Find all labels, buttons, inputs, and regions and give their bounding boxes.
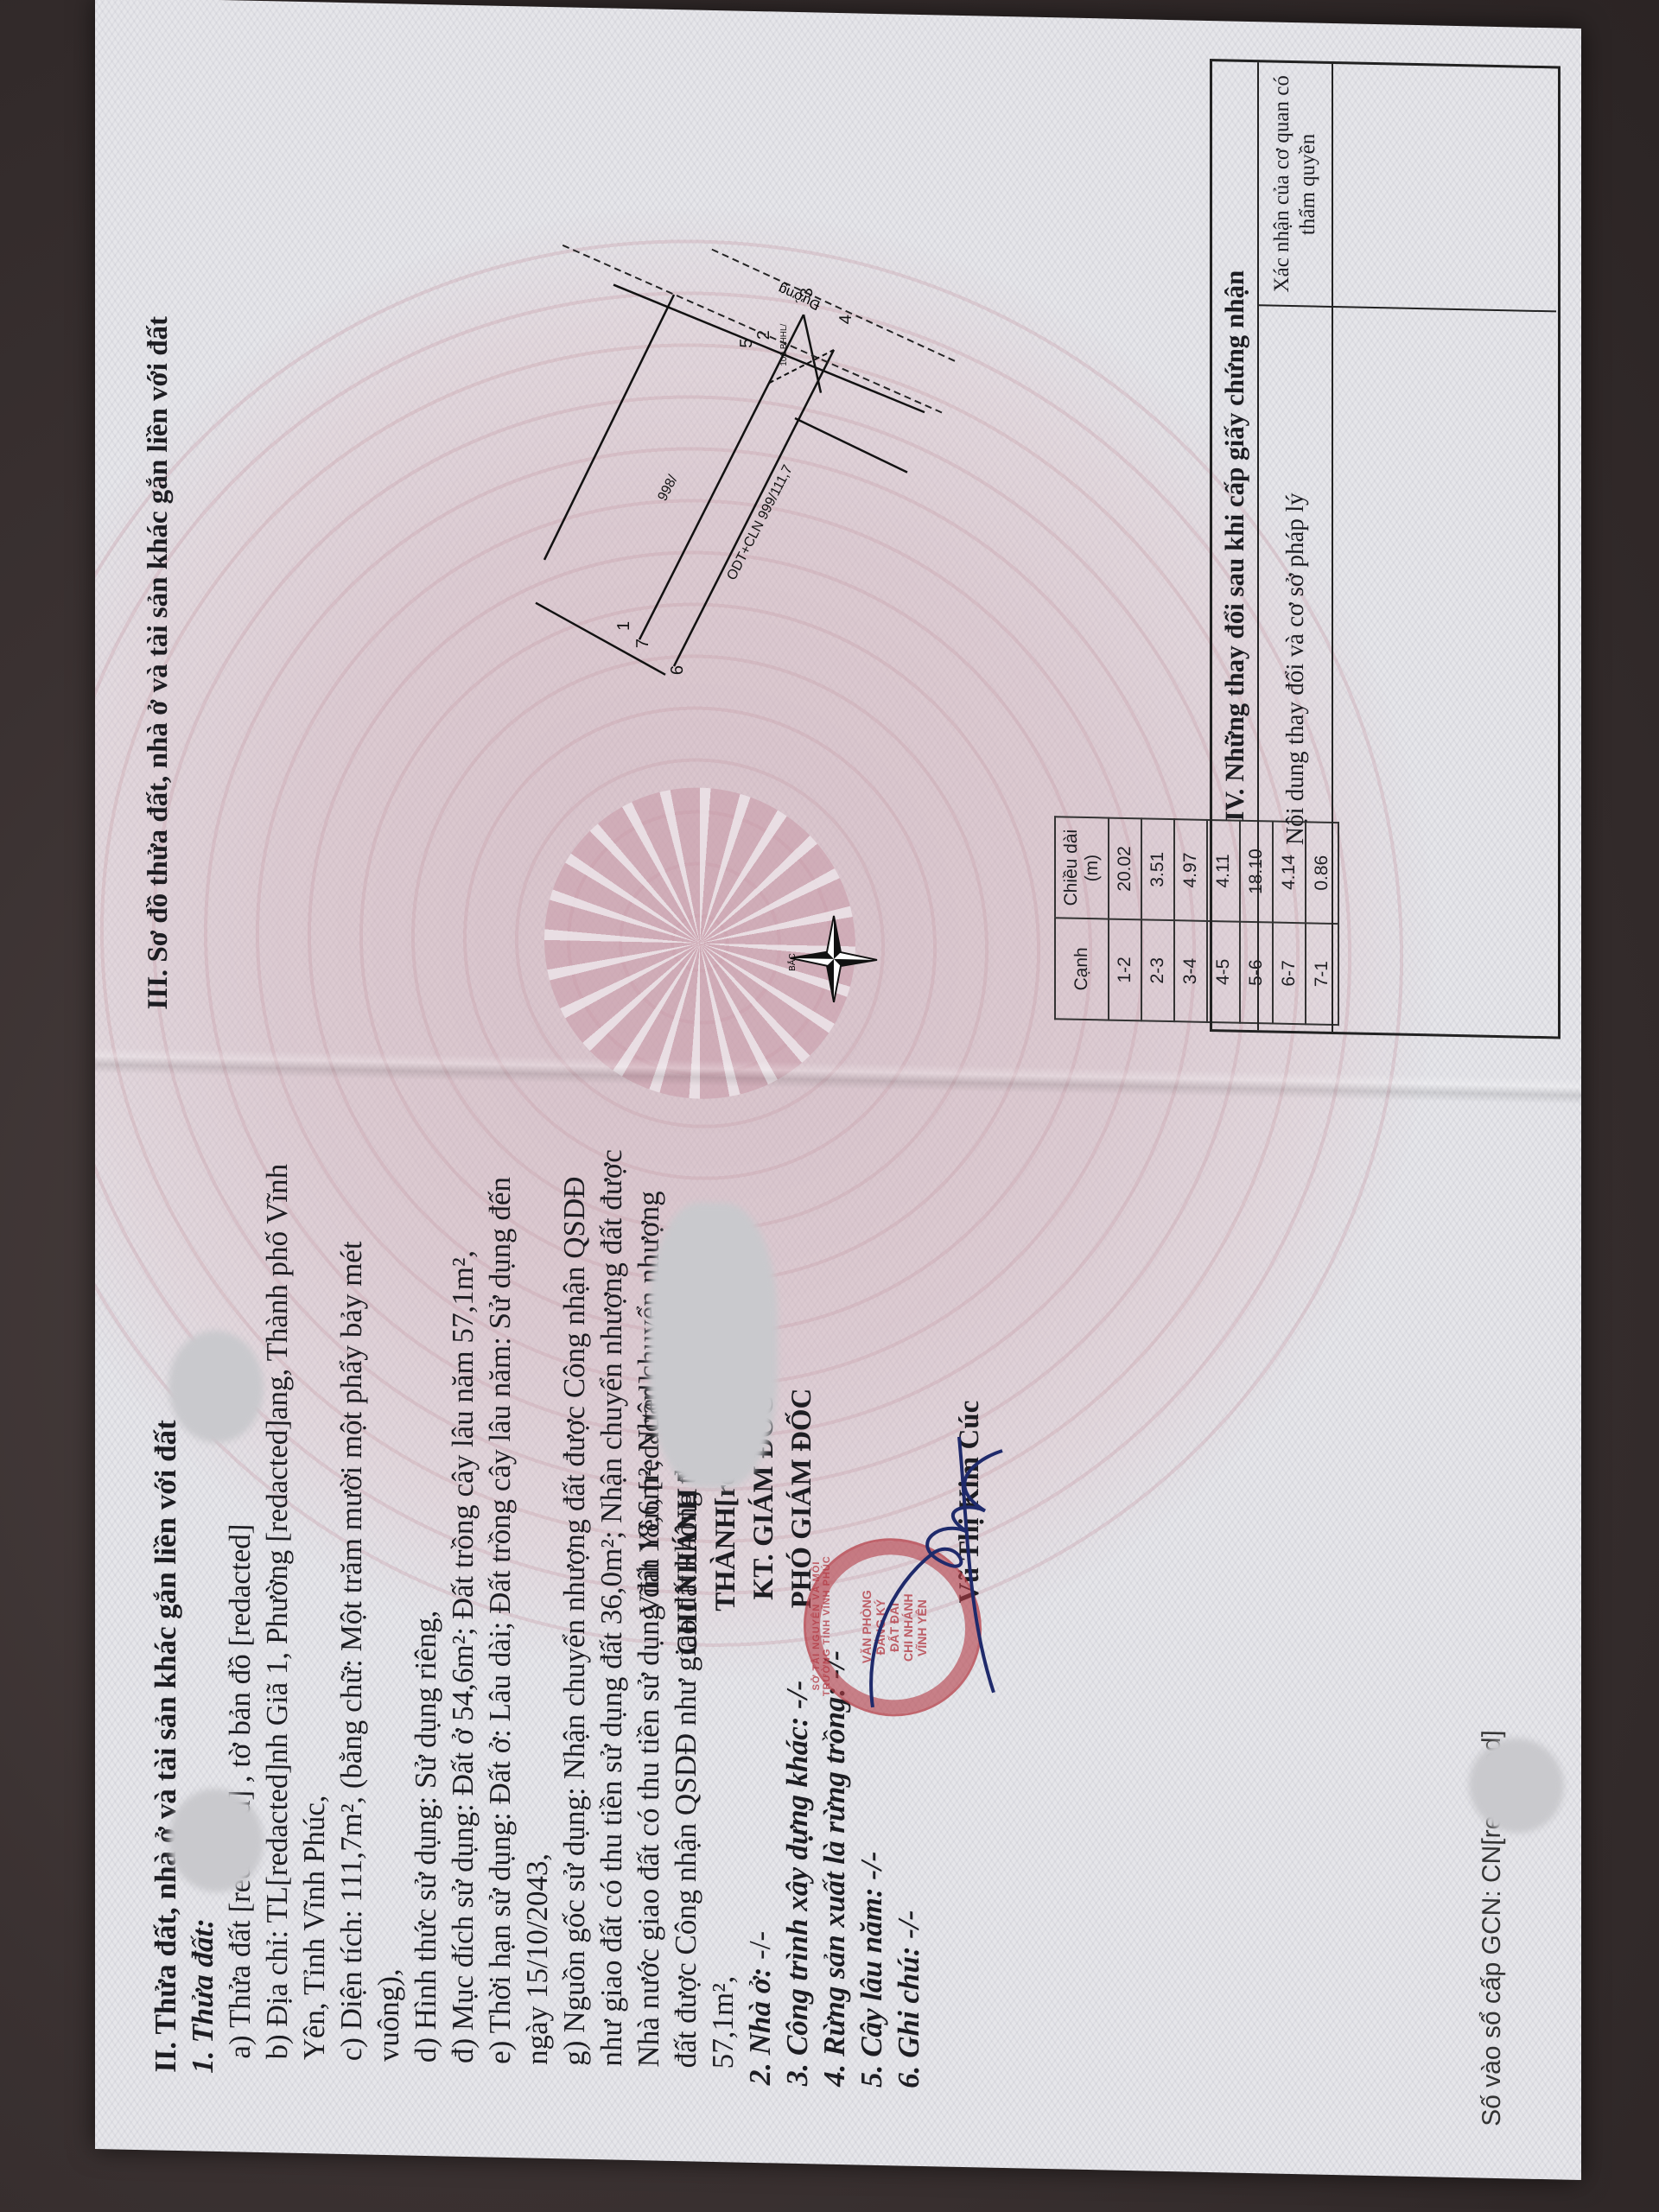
parcel-item-d: d) Hình thức sử dụng: Sử dụng riêng, <box>407 1145 444 2079</box>
svg-text:4: 4 <box>836 315 855 325</box>
certificate-paper: II. Thửa đất, nhà ở và tài sản khác gắn … <box>95 0 1581 2180</box>
parcel-item-b: b) Địa chỉ: TL[redacted]nh Giã 1, Phường… <box>258 1141 333 2076</box>
table-row: 2-33.51 <box>1141 818 1174 1021</box>
perennial-label: 5. Cây lâu năm: <box>855 1887 888 2088</box>
length-cell: 20.02 <box>1109 818 1141 920</box>
redaction-blob <box>168 1788 264 1893</box>
parcel-item-e: e) Thời hạn sử dụng: Đất ở: Lâu dài; Đất… <box>481 1146 556 2081</box>
length-cell: 4.97 <box>1174 819 1207 921</box>
svg-text:100 BHHL/: 100 BHHL/ <box>779 323 789 365</box>
redaction-blob <box>1469 1737 1564 1834</box>
handwritten-signature <box>838 1430 1028 1719</box>
svg-text:Đường: Đường <box>776 281 822 312</box>
section2-sub1: 1. Thửa đất: <box>184 1140 221 2074</box>
table-row: 3-44.97 <box>1174 819 1207 1022</box>
svg-text:ODT+CLN 999/111,7: ODT+CLN 999/111,7 <box>724 462 796 582</box>
redaction-blob <box>648 1201 778 1489</box>
col-authority-confirmation: Xác nhận của cơ quan có thẩm quyền <box>1259 62 1332 306</box>
parcel-item-a: a) Thửa đất [redacted] , tờ bản đồ [reda… <box>221 1141 258 2075</box>
house-value: -/- <box>743 1930 777 1960</box>
section4-title: IV. Những thay đổi sau khi cấp giấy chứn… <box>1212 61 1259 1030</box>
redaction-blob <box>168 1330 264 1444</box>
length-cell: 3.51 <box>1141 818 1174 920</box>
header-edge: Cạnh <box>1055 918 1109 1020</box>
header-length: Chiều dài (m) <box>1055 817 1109 918</box>
edge-cell: 3-4 <box>1174 920 1207 1022</box>
svg-text:998/: 998/ <box>655 473 681 504</box>
svg-text:5: 5 <box>737 338 756 348</box>
parcel-diagram: 1 2 3 4 5 6 7 ODT+CLN 999/111,7 998/ 100… <box>510 239 959 698</box>
edge-cell: 2-3 <box>1141 919 1174 1021</box>
section2-heading: II. Thửa đất, nhà ở và tài sản khác gắn … <box>147 1139 184 2073</box>
svg-text:6: 6 <box>668 665 687 676</box>
section3-title: III. Sơ đồ thửa đất, nhà ở và tài sản kh… <box>143 315 175 1009</box>
perennial-value: -/- <box>855 1851 888 1880</box>
note-value: -/- <box>892 1910 925 1939</box>
change-content-cell <box>1333 306 1556 1036</box>
changes-table: IV. Những thay đổi sau khi cấp giấy chứn… <box>1210 59 1560 1039</box>
house-label: 2. Nhà ở: <box>743 1967 777 2085</box>
col-change-content: Nội dung thay đổi và cơ sở pháp lý <box>1259 304 1332 1032</box>
parcel-item-dd: đ) Mục đích sử dụng: Đất ở 54,6m²; Đất t… <box>444 1145 481 2079</box>
parcel-item-c: c) Diện tích: 111,7m², (bằng chữ: Một tr… <box>333 1143 407 2078</box>
stamp-ring-text: SỞ TÀI NGUYÊN VÀ MÔI TRƯỜNG TỈNH VĨNH PH… <box>811 1539 832 1713</box>
svg-text:BẮC: BẮC <box>786 953 798 971</box>
authority-confirmation-cell <box>1333 64 1556 310</box>
edge-cell: 1-2 <box>1109 919 1141 1021</box>
svg-text:7: 7 <box>633 639 652 649</box>
table-row: 1-220.02 <box>1109 818 1141 1021</box>
svg-text:1: 1 <box>614 620 633 631</box>
north-arrow-icon: BẮC <box>786 911 881 1007</box>
note-label: 6. Ghi chú: <box>892 1946 925 2088</box>
